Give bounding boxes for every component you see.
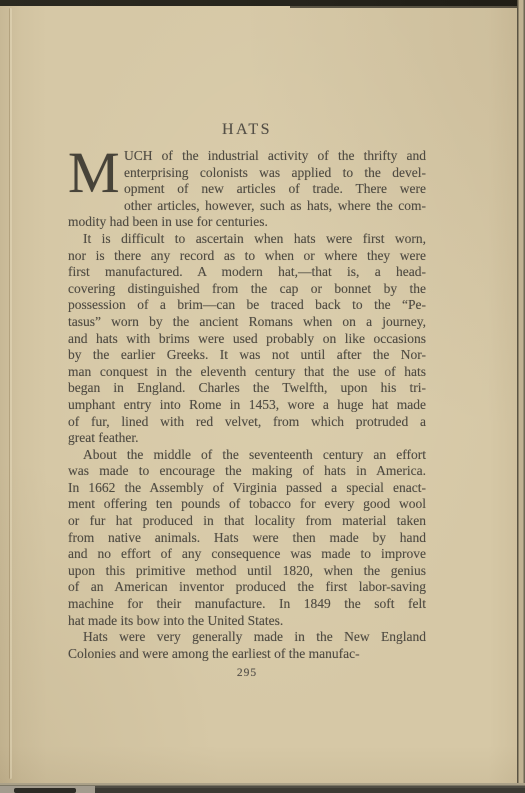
text-line: tasus” worn by the ancient Romans when o… [68,314,426,331]
text-line: began in England. Charles the Twelfth, u… [68,380,426,397]
text-line: hat made its bow into the United States. [68,613,426,630]
page-content: HATS MUCH of the industrial activity of … [68,122,426,682]
paragraph: Hats were very generally made in the New… [68,629,426,662]
text-line: possession of a brim—can be traced back … [68,297,426,314]
text-line: About the middle of the seventeenth cent… [68,447,426,464]
scanned-book-page: HATS MUCH of the industrial activity of … [0,0,525,793]
text-line: In 1662 the Assembly of Virginia passed … [68,480,426,497]
body-text: MUCH of the industrial activity of the t… [68,148,426,662]
scan-bottom-smudge [14,788,76,793]
text-line: of fur, lined with red velvet, from whic… [68,414,426,431]
text-line: It is difficult to ascertain when hats w… [68,231,426,248]
text-line: was made to encourage the making of hats… [68,463,426,480]
page-title: HATS [68,122,426,138]
text-line: Colonies and were among the earliest of … [68,646,426,663]
page-number: 295 [68,665,426,682]
text-line: ment offering ten pounds of tobacco for … [68,496,426,513]
paragraph: It is difficult to ascertain when hats w… [68,231,426,447]
paragraph: MUCH of the industrial activity of the t… [68,148,426,231]
text-line: from native animals. Hats were then made… [68,530,426,547]
text-line: Hats were very generally made in the New… [68,629,426,646]
scan-top-edge-shadow [290,6,525,8]
drop-cap: M [68,148,124,201]
binding-crease [9,8,12,779]
text-line: or fur hat produced in that locality fro… [68,513,426,530]
text-line: first manufactured. A modern hat,—that i… [68,264,426,281]
text-line: by the earlier Greeks. It was not until … [68,347,426,364]
paragraph: About the middle of the seventeenth cent… [68,447,426,630]
text-line: umphant entry into Rome in 1453, wore a … [68,397,426,414]
text-line: man conquest in the eleventh century tha… [68,364,426,381]
text-line: covering distinguished from the cap or b… [68,281,426,298]
page-right-edge [516,0,525,793]
text-line: nor is there any record as to when or wh… [68,248,426,265]
text-line: upon this primitive method until 1820, w… [68,563,426,580]
text-line: of an American inventor produced the fir… [68,579,426,596]
text-line: and no effort of any consequence was mad… [68,546,426,563]
text-line: and hats with brims were used probably o… [68,331,426,348]
text-line: machine for their manufacture. In 1849 t… [68,596,426,613]
text-line: great feather. [68,430,426,447]
text-line: modity had been in use for centuries. [68,214,426,231]
